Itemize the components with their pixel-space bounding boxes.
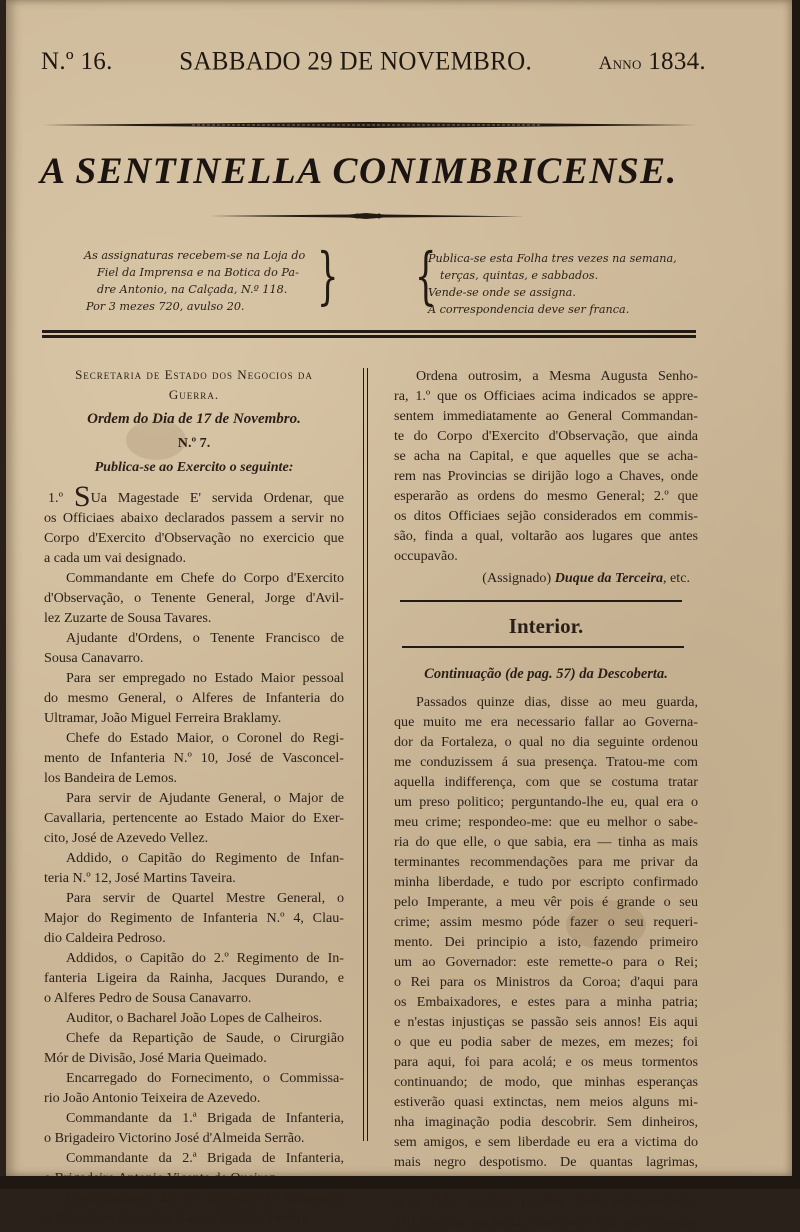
text-line: esperarão as ordens do mesmo General; 2.… xyxy=(394,486,698,506)
text-line: te do Corpo d'Exercito d'Observação, que… xyxy=(394,426,698,446)
section-title-interior: Interior. xyxy=(394,612,698,640)
subscription-line: dre Antonio, na Calçada, N.º 118. xyxy=(84,281,316,298)
text-line: ra, 1.º que os Officiaes acima indicados… xyxy=(394,386,698,406)
subscription-info: As assignaturas recebem-se na Loja do Fi… xyxy=(84,247,316,315)
text-line: lez Zuzarte de Sousa Tavares. xyxy=(44,608,344,628)
order-intro: Publica-se ao Exercito o seguinte: xyxy=(44,457,344,477)
text-line: Ajudante d'Ordens, o Tenente Francisco d… xyxy=(44,628,344,648)
text-line: sem amigos, e sem liberdade eu era a vic… xyxy=(394,1132,698,1152)
text-line: mais negro despotismo. De quantas lagrim… xyxy=(394,1152,698,1172)
text-line: que muito me era necessario fallar ao Go… xyxy=(394,712,698,732)
page-edge-right xyxy=(792,0,800,1189)
subscription-line: Fiel da Imprensa e na Botica do Pa- xyxy=(84,264,316,281)
text-line: o que eu podia saber de mezes, em mezes;… xyxy=(394,1032,698,1052)
text-line: um preso politico; perguntando-lhe eu, q… xyxy=(394,792,698,812)
year-label: Anno xyxy=(599,53,642,74)
text-line: Addidos, o Capitão do 2.º Regimento de I… xyxy=(44,948,344,968)
text-line: sentem immediatamente ao General Command… xyxy=(394,406,698,426)
text-line: d'Observação, o Tenente General, Jorge d… xyxy=(44,588,344,608)
newspaper-title: A SENTINELLA CONIMBRICENSE. xyxy=(40,150,700,193)
text-line: Ultramar, João Miguel Ferreira Braklamy. xyxy=(44,708,344,728)
text-span: Ua Magestade E' servida Ordenar, que xyxy=(91,490,344,506)
issue-number: N.º 16. xyxy=(41,48,113,76)
text-line: Sousa Canavarro. xyxy=(44,648,344,668)
ornate-rule xyxy=(42,121,696,129)
text-line: crime; assim mesmo póde fazer o seu requ… xyxy=(394,912,698,932)
text-line: estiverão quasi extinctas, nem meios alg… xyxy=(394,1092,698,1112)
ministry-heading: Secretaria de Estado dos Negocios da xyxy=(44,365,344,385)
text-line: mento. Dei principio a isto, fazendo pri… xyxy=(394,932,698,952)
text-line: e n'estas injustiças se passão seis anno… xyxy=(394,1012,698,1032)
text-line: Passados quinze dias, disse ao meu guard… xyxy=(394,692,698,712)
text-line: o Rei para os Ministros da Coroa; d'aqui… xyxy=(394,972,698,992)
text-line: do mesmo General, o Alferes de Infanteri… xyxy=(44,688,344,708)
page-edge-bottom xyxy=(0,1176,800,1189)
text-line: Mór de Divisão, José Maria Queimado. xyxy=(44,1048,344,1068)
section-rule-top xyxy=(400,600,682,606)
text-line: aquella indifferença, com que se costuma… xyxy=(394,772,698,792)
text-line: Chefe do Estado Maior, o Coronel do Regi… xyxy=(44,728,344,748)
signature-prefix: (Assignado) xyxy=(482,570,551,586)
text-line: Addido, o Capitão do Regimento de Infan- xyxy=(44,848,344,868)
text-line: os ditos Officiaes sejão considerados em… xyxy=(394,506,698,526)
publication-line: terças, quintas, e sabbados. xyxy=(428,267,708,284)
text-line: Para servir de Quartel Mestre General, o xyxy=(44,888,344,908)
text-line: occupavão. xyxy=(394,546,698,566)
order-number: N.º 7. xyxy=(44,433,344,453)
text-line: terminantes recommendações para me priva… xyxy=(394,852,698,872)
issue-year: Anno 1834. xyxy=(599,48,706,76)
publication-info: Publica-se esta Folha tres vezes na sema… xyxy=(428,250,708,318)
text-line: a cada um vai designado. xyxy=(44,548,344,568)
text-line: o Alferes Pedro de Sousa Canavarro. xyxy=(44,988,344,1008)
header-double-rule xyxy=(42,330,696,338)
text-line: Auditor, o Bacharel João Lopes de Calhei… xyxy=(44,1008,344,1028)
text-line: ria do que elle, o que sabia, era — tinh… xyxy=(394,832,698,852)
text-line: Commandante da 1.ª Brigada de Infanteria… xyxy=(44,1108,344,1128)
story-body: Passados quinze dias, disse ao meu guard… xyxy=(394,692,698,1189)
text-line: Para servir de Ajudante General, o Major… xyxy=(44,788,344,808)
text-line: os Officiaes abaixo declarados passem a … xyxy=(44,508,344,528)
text-line: rio João Antonio Teixeira de Azevedo. xyxy=(44,1088,344,1108)
text-line: Para ser empregado no Estado Maior pesso… xyxy=(44,668,344,688)
text-line: rem nas Provincias se dirijão logo a Cha… xyxy=(394,466,698,486)
subscription-line: Por 3 mezes 720, avulso 20. xyxy=(84,298,316,315)
text-line: mento de Infanteria N.º 10, José de Vasc… xyxy=(44,748,344,768)
text-line: Chefe da Repartição de Saude, o Cirurgiã… xyxy=(44,1028,344,1048)
ministry-heading-cont: Guerra. xyxy=(44,385,344,405)
text-line: minha liberdade, e tudo por escripto con… xyxy=(394,872,698,892)
text-line: os Embaixadores, e estes para a minha pa… xyxy=(394,992,698,1012)
year-value: 1834. xyxy=(648,48,706,75)
text-line: Encarregado do Fornecimento, o Commissa- xyxy=(44,1068,344,1088)
publication-line: Publica-se esta Folha tres vezes na sema… xyxy=(428,250,708,267)
text-line: se acha na Capital, e que aquelles que s… xyxy=(394,446,698,466)
paragraph-number: 1.º xyxy=(48,490,63,506)
title-underline-rule xyxy=(209,213,524,219)
publication-line: A correspondencia deve ser franca. xyxy=(428,301,708,318)
text-line: um ao Governador: este remette-o para o … xyxy=(394,952,698,972)
text-line: Cavallaria, pertencente ao Estado Maior … xyxy=(44,808,344,828)
order-title: Ordem do Dia de 17 de Novembro. xyxy=(44,409,344,429)
right-column: Ordena outrosim, a Mesma Augusta Senho- … xyxy=(394,366,698,1189)
publication-line: Vende-se onde se assigna. xyxy=(428,284,708,301)
text-line: Major do Regimento de Infanteria N.º 4, … xyxy=(44,908,344,928)
text-line: são, finda a qual, voltarão aos lugares … xyxy=(394,526,698,546)
text-line: Ordena outrosim, a Mesma Augusta Senho- xyxy=(394,366,698,386)
text-line: nha imaginação podia descobrir. Sem dinh… xyxy=(394,1112,698,1132)
text-line: para aqui, foi para acolá; e os meus tor… xyxy=(394,1052,698,1072)
signature-suffix: , etc. xyxy=(663,570,690,586)
signature: (Assignado) Duque da Terceira, etc. xyxy=(394,568,698,588)
text-line: me conduzissem á sua presença. Tratou-me… xyxy=(394,752,698,772)
masthead-line: N.º 16. SABBADO 29 DE NOVEMBRO. Anno 183… xyxy=(41,48,706,76)
text-line: o Brigadeiro Victorino José d'Almeida Se… xyxy=(44,1128,344,1148)
left-column: Secretaria de Estado dos Negocios da Gue… xyxy=(44,365,344,1189)
text-line: pelo Imperante, a meu vêr pois é grande … xyxy=(394,892,698,912)
subscription-line: As assignaturas recebem-se na Loja do xyxy=(84,247,316,264)
text-line: cito, José de Azevedo Vellez. xyxy=(44,828,344,848)
order-body: 1.º SUa Magestade E' servida Ordenar, qu… xyxy=(44,487,344,1189)
text-line: meu crime; respondeo-me: que eu melhor o… xyxy=(394,812,698,832)
text-line: dio Caldeira Pedroso. xyxy=(44,928,344,948)
column-divider xyxy=(363,368,368,1141)
text-line: los Bandeira de Lemos. xyxy=(44,768,344,788)
signature-name: Duque da Terceira xyxy=(555,570,663,586)
text-line: Corpo d'Exercito d'Observação no exercic… xyxy=(44,528,344,548)
text-line: fanteria Ligeira da Rainha, Jacques Dura… xyxy=(44,968,344,988)
order-continuation: Ordena outrosim, a Mesma Augusta Senho- … xyxy=(394,366,698,566)
text-line: teria N.º 12, José Martins Taveira. xyxy=(44,868,344,888)
right-brace-icon: } xyxy=(317,245,339,307)
text-line: continuando; de modo, que minhas esperan… xyxy=(394,1072,698,1092)
text-line: 1.º SUa Magestade E' servida Ordenar, qu… xyxy=(44,487,344,508)
newspaper-page: N.º 16. SABBADO 29 DE NOVEMBRO. Anno 183… xyxy=(6,0,792,1176)
issue-date: SABBADO 29 DE NOVEMBRO. xyxy=(179,47,532,76)
text-line: dor da Fortaleza, o qual no dia seguinte… xyxy=(394,732,698,752)
section-rule-bottom xyxy=(402,646,684,652)
text-line: Commandante em Chefe do Corpo d'Exercito xyxy=(44,568,344,588)
text-line: Commandante da 2.ª Brigada de Infanteria… xyxy=(44,1148,344,1168)
continuation-title: Continuação (de pag. 57) da Descoberta. xyxy=(394,664,698,684)
